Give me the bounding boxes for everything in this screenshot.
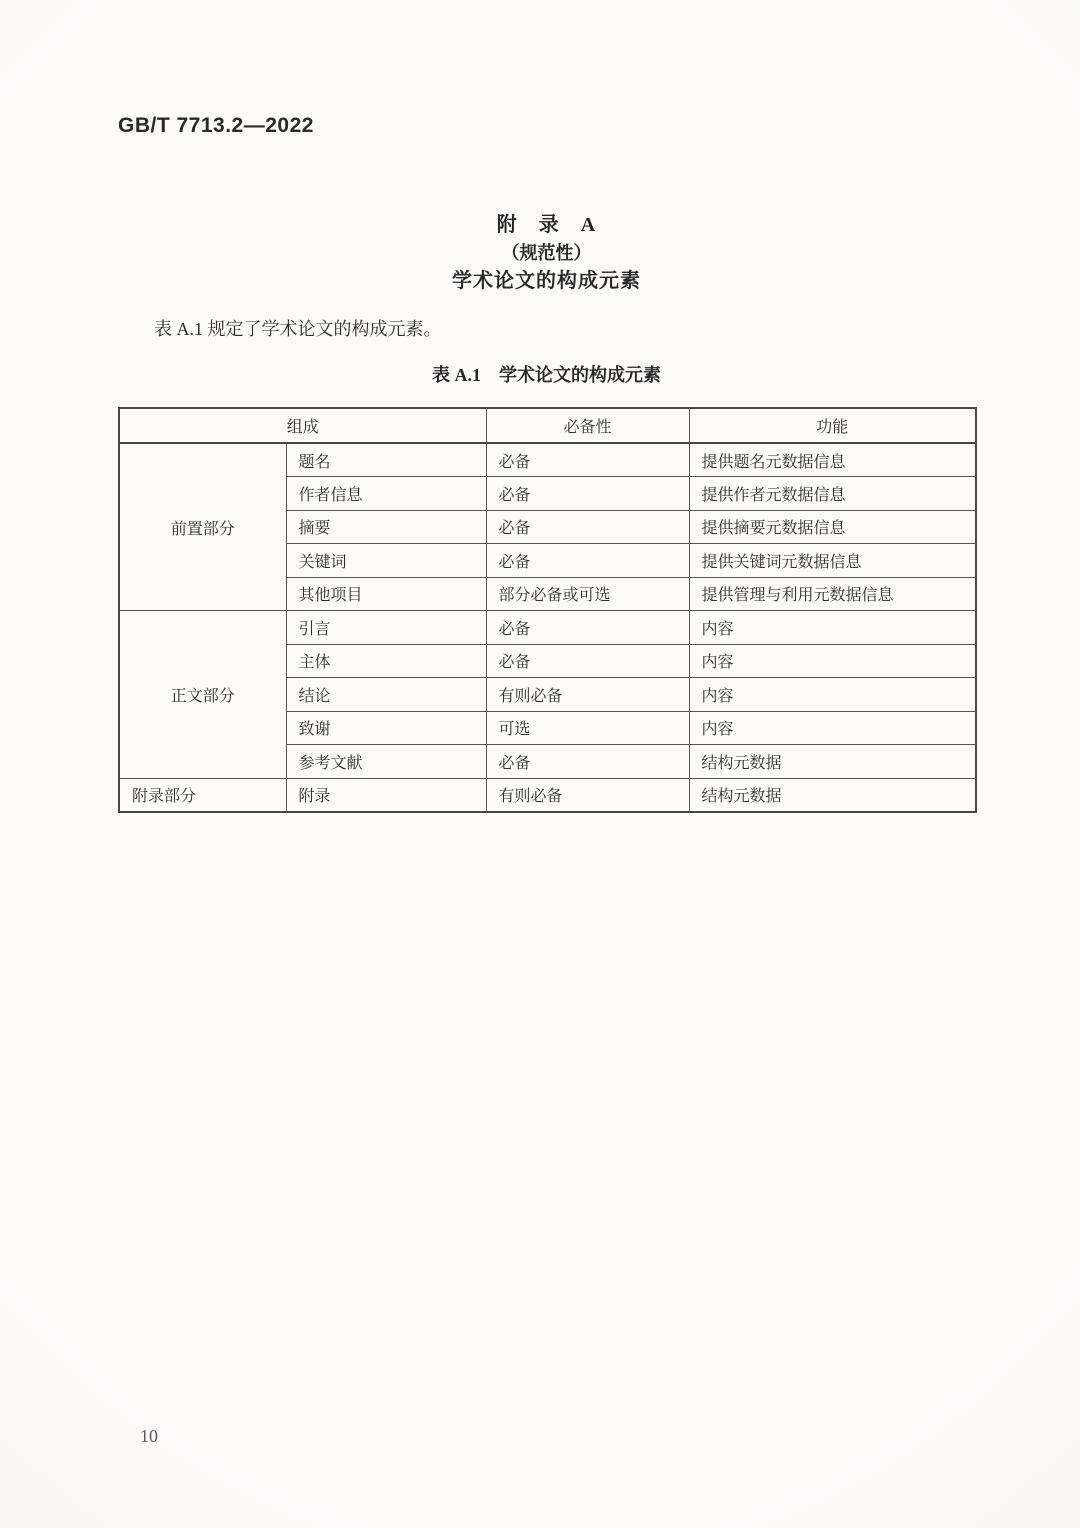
cell-function: 结构元数据 [689,778,976,812]
cell-necessity: 有则必备 [486,778,689,812]
cell-item: 参考文献 [286,745,486,779]
cell-necessity: 必备 [486,544,689,578]
table-row: 正文部分 引言 必备 内容 [119,611,976,645]
cell-function: 内容 [689,644,976,678]
page-number: 10 [140,1426,158,1447]
cell-function: 内容 [689,711,976,745]
cell-item: 附录 [286,778,486,812]
cell-function: 结构元数据 [689,745,976,779]
cell-necessity: 必备 [486,477,689,511]
table-row: 附录部分 附录 有则必备 结构元数据 [119,778,976,812]
cell-necessity: 有则必备 [486,678,689,712]
cell-necessity: 必备 [486,443,689,477]
cell-necessity: 必备 [486,745,689,779]
row-group-appendix: 附录部分 [119,778,286,812]
cell-necessity: 必备 [486,611,689,645]
cell-function: 内容 [689,611,976,645]
appendix-subtitle: 学术论文的构成元素 [118,267,975,295]
row-group-front-matter: 前置部分 [119,443,286,611]
standard-number: GB/T 7713.2—2022 [118,114,314,138]
cell-function: 提供题名元数据信息 [689,443,976,477]
appendix-normative-label: （规范性） [118,239,975,267]
table-caption: 表 A.1 学术论文的构成元素 [118,361,975,387]
cell-item: 引言 [286,611,486,645]
table-header-row: 组成 必备性 功能 [119,408,976,443]
cell-function: 提供管理与利用元数据信息 [689,577,976,611]
document-page: GB/T 7713.2—2022 附 录 A （规范性） 学术论文的构成元素 表… [0,0,1080,1528]
appendix-title-block: 附 录 A （规范性） 学术论文的构成元素 [118,211,975,295]
cell-necessity: 必备 [486,510,689,544]
cell-item: 主体 [286,644,486,678]
column-header-necessity: 必备性 [486,408,689,443]
cell-necessity: 部分必备或可选 [486,577,689,611]
cell-item: 其他项目 [286,577,486,611]
cell-necessity: 必备 [486,644,689,678]
cell-necessity: 可选 [486,711,689,745]
column-header-function: 功能 [689,408,976,443]
elements-table: 组成 必备性 功能 前置部分 题名 必备 提供题名元数据信息 作者信息 必备 提… [118,407,977,813]
cell-item: 题名 [286,443,486,477]
cell-function: 提供摘要元数据信息 [689,510,976,544]
cell-item: 关键词 [286,544,486,578]
row-group-body-matter: 正文部分 [119,611,286,779]
cell-function: 提供作者元数据信息 [689,477,976,511]
cell-function: 提供关键词元数据信息 [689,544,976,578]
cell-item: 结论 [286,678,486,712]
column-header-composition: 组成 [119,408,486,443]
cell-item: 作者信息 [286,477,486,511]
cell-function: 内容 [689,678,976,712]
intro-paragraph: 表 A.1 规定了学术论文的构成元素。 [118,316,975,342]
appendix-title: 附 录 A [118,211,975,239]
cell-item: 摘要 [286,510,486,544]
cell-item: 致谢 [286,711,486,745]
table-row: 前置部分 题名 必备 提供题名元数据信息 [119,443,976,477]
